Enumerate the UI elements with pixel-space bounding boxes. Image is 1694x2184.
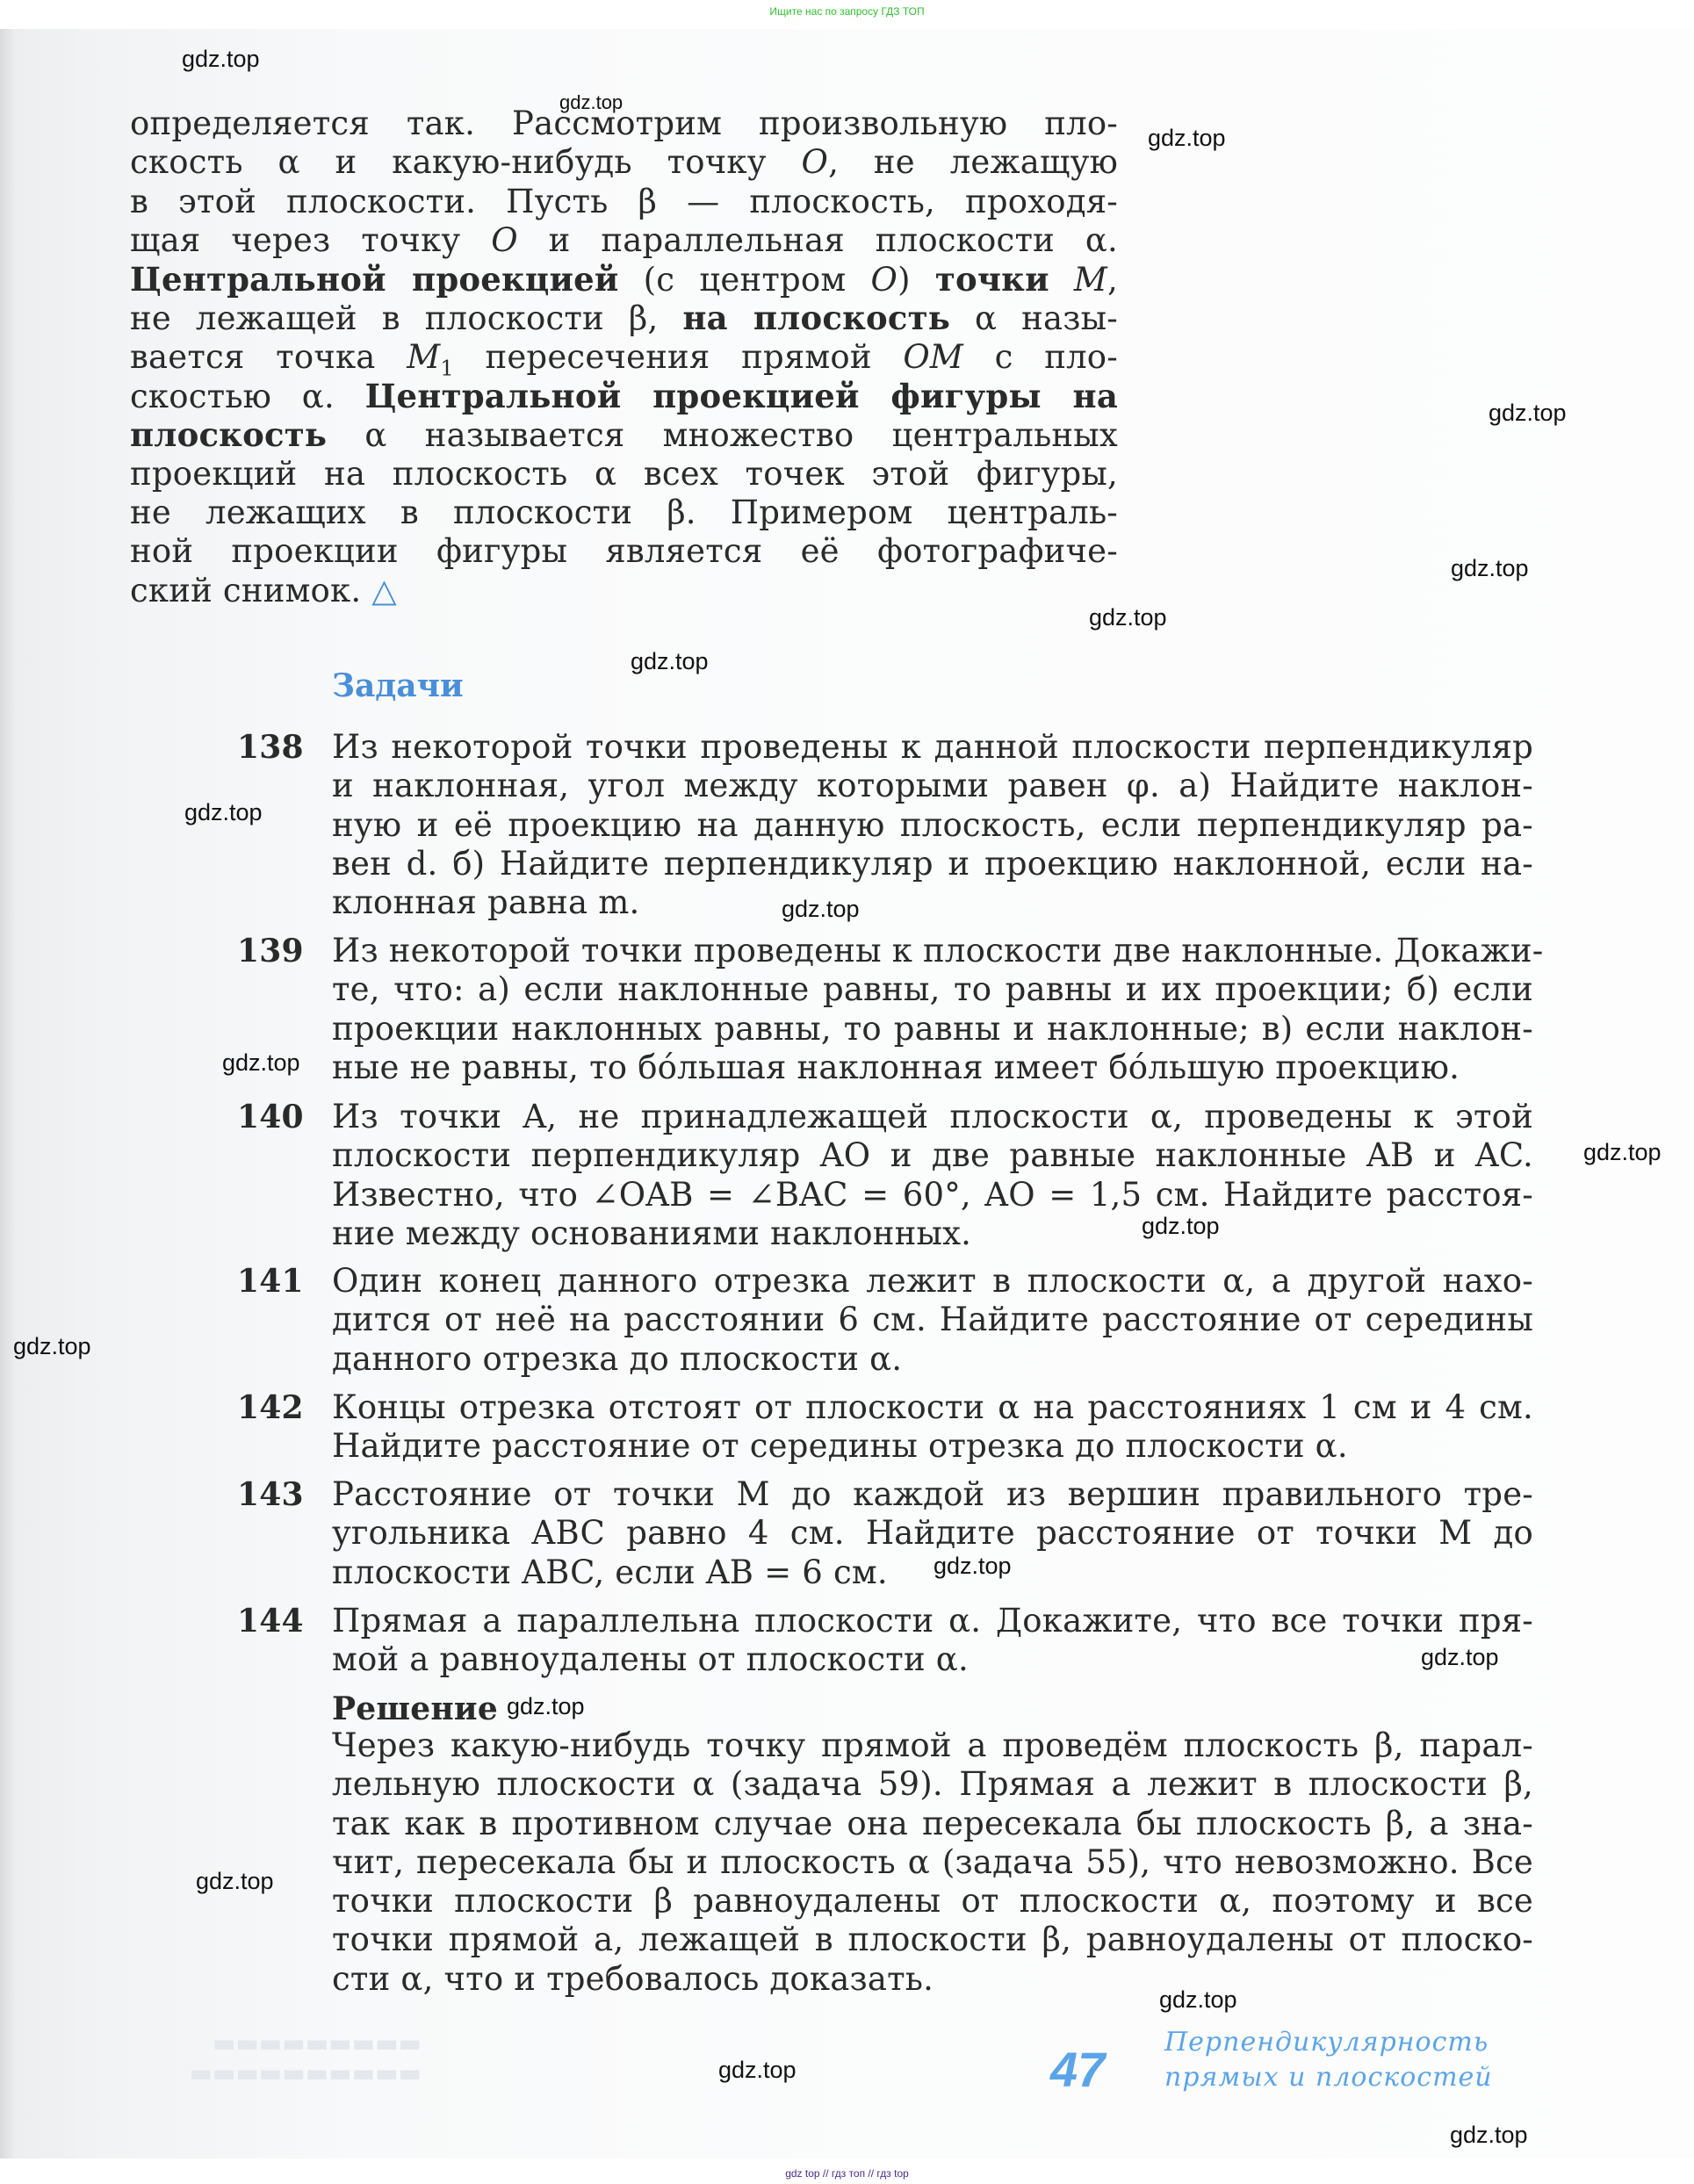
bleed-through-text: ▬▬▬▬▬▬▬▬▬▬▬▬▬▬▬▬▬▬▬ [132, 2029, 422, 2088]
task-number: 138 [237, 728, 304, 767]
intro-line: скостью α. Центральной проекцией фигуры … [130, 377, 1118, 415]
watermark-text: gdz.top [507, 1693, 585, 1720]
intro-line: скость α и какую-нибудь точку O, не лежа… [130, 143, 1118, 182]
term-central-projection: Центральной проекцией [130, 260, 619, 299]
task-number: 139 [237, 932, 304, 970]
intro-line: плоскость α называется множество централ… [130, 415, 1118, 454]
watermark-text: gdz.top [1142, 1213, 1220, 1240]
bottom-banner: gdz top // гдз топ // гдз top [0, 2167, 1694, 2180]
page-number: 47 [1050, 2041, 1105, 2098]
task-number: 141 [237, 1262, 304, 1301]
watermark-text: gdz.top [196, 1868, 274, 1895]
watermark-text: gdz.top [1159, 1986, 1237, 2014]
chapter-title: Перпендикулярность прямых и плоскостей [1164, 2025, 1493, 2095]
intro-line: не лежащей в плоскости β, на плоскость α… [130, 299, 1118, 337]
watermark-text: gdz.top [1451, 555, 1529, 582]
watermark-text: gdz.top [1148, 125, 1226, 152]
intro-line: вается точка M1 пересечения прямой OM с … [130, 338, 1118, 377]
watermark-text: gdz.top [559, 91, 623, 114]
task-text: Концы отрезка отстоят от плоскости α на … [332, 1388, 1533, 1467]
intro-line: Центральной проекцией (с центром O) точк… [130, 260, 1118, 299]
task-number: 143 [237, 1475, 304, 1514]
task-text: Один конец данного отрезка лежит в плоск… [332, 1262, 1533, 1379]
top-banner: Ищите нас по запросу ГДЗ ТОП [0, 5, 1694, 18]
watermark-text: gdz.top [222, 1049, 300, 1077]
task-number: 142 [237, 1388, 304, 1427]
watermark-text: gdz.top [1450, 2122, 1528, 2149]
task-text: Расстояние от точки M до каждой из верши… [332, 1475, 1533, 1592]
intro-line: щая через точку O и параллельная плоскос… [130, 221, 1118, 260]
watermark-text: gdz.top [1489, 400, 1567, 427]
task-text: Из некоторой точки проведены к данной пл… [332, 728, 1533, 922]
task-text: Из точки A, не принадлежащей плоскости α… [332, 1098, 1533, 1253]
intro-line: проекций на плоскость α всех точек этой … [130, 455, 1118, 494]
solution-title: Решение [332, 1690, 498, 1728]
end-of-proof-triangle-icon: △ [371, 572, 397, 609]
watermark-text: gdz.top [631, 648, 709, 675]
watermark-text: gdz.top [782, 896, 860, 923]
watermark-text: gdz.top [13, 1333, 91, 1360]
watermark-text: gdz.top [718, 2057, 797, 2084]
watermark-text: gdz.top [1089, 604, 1167, 631]
solution-text: Через какую-нибудь точку прямой a провед… [332, 1726, 1533, 1999]
watermark-text: gdz.top [184, 799, 263, 826]
watermark-text: gdz.top [1421, 1644, 1499, 1671]
task-number: 144 [237, 1602, 304, 1640]
intro-line: ной проекции фигуры является её фотограф… [130, 532, 1118, 571]
intro-line: в этой плоскости. Пусть β — плоскость, п… [130, 183, 1118, 221]
watermark-text: gdz.top [934, 1553, 1012, 1580]
task-text: Прямая a параллельна плоскости α. Докажи… [332, 1602, 1533, 1680]
section-title-tasks: Задачи [332, 667, 464, 704]
intro-line: не лежащих в плоскости β. Примером центр… [130, 494, 1118, 532]
intro-line: определяется так. Рассмотрим произвольну… [130, 105, 1118, 143]
task-text: Из некоторой точки проведены к плоскости… [332, 932, 1533, 1087]
watermark-text: gdz.top [182, 46, 260, 73]
watermark-text: gdz.top [1583, 1139, 1662, 1166]
intro-paragraph: определяется так. Рассмотрим произвольну… [130, 105, 1118, 610]
task-number: 140 [237, 1098, 304, 1136]
intro-line: ский снимок. △ [130, 572, 1118, 610]
term-figure-projection: Центральной проекцией фигуры на [365, 377, 1118, 415]
